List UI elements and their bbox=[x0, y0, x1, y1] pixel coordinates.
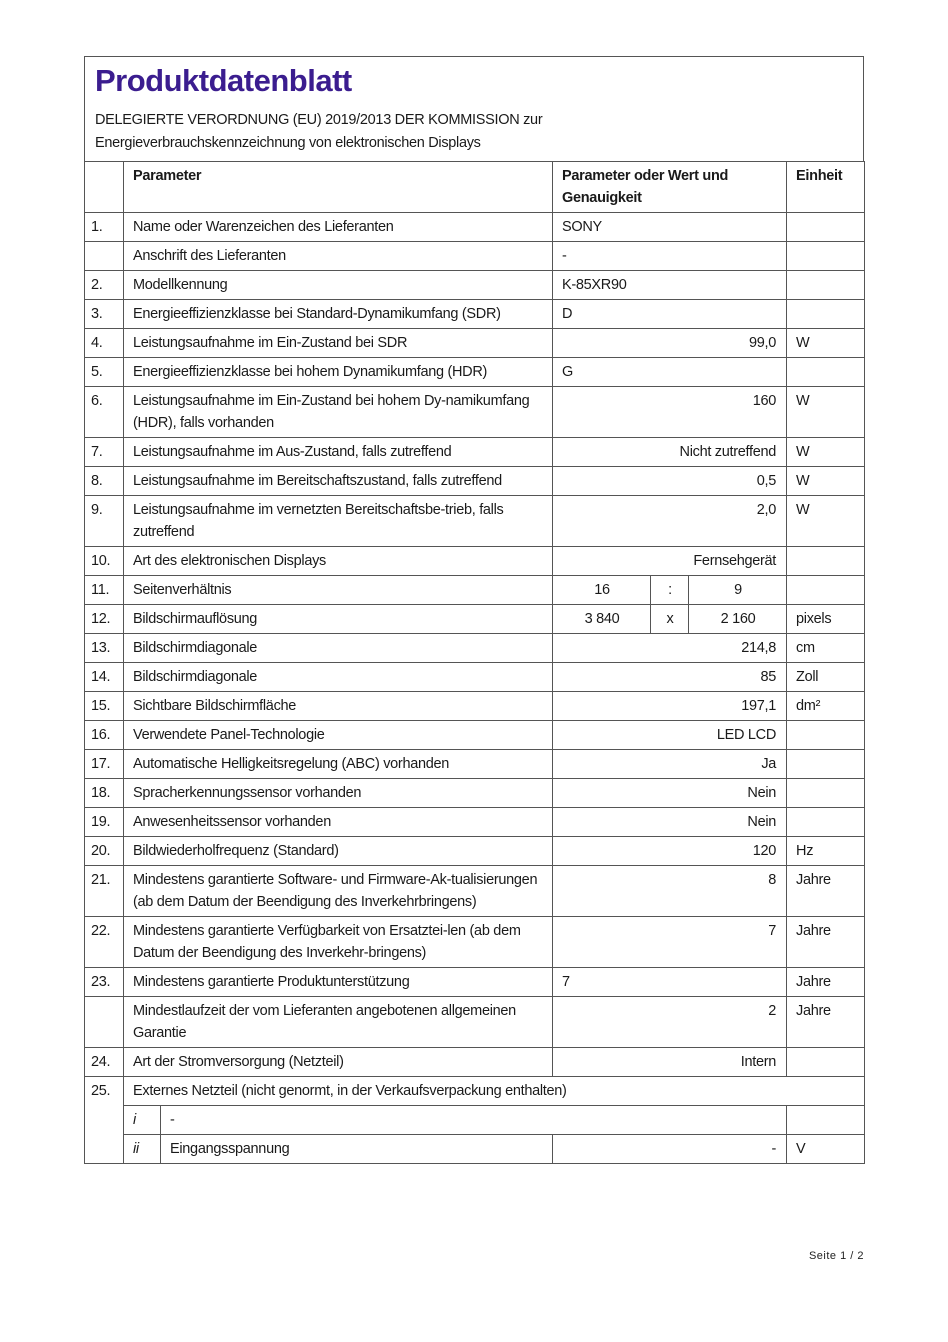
row-number: 13. bbox=[85, 634, 124, 663]
row-number: 18. bbox=[85, 779, 124, 808]
row-unit bbox=[787, 576, 865, 605]
row-parameter: Name oder Warenzeichen des Lieferanten bbox=[124, 213, 553, 242]
row-number bbox=[85, 242, 124, 271]
page-number: Seite 1 / 2 bbox=[809, 1250, 864, 1262]
row-unit bbox=[787, 721, 865, 750]
table-row-external-psu: 25.Externes Netzteil (nicht genormt, in … bbox=[85, 1077, 865, 1106]
row-unit bbox=[787, 242, 865, 271]
row-unit bbox=[787, 271, 865, 300]
row-number: 25. bbox=[85, 1077, 124, 1164]
table-row: 10.Art des elektronischen DisplaysFernse… bbox=[85, 547, 865, 576]
row-parameter: Sichtbare Bildschirmfläche bbox=[124, 692, 553, 721]
row-unit bbox=[787, 808, 865, 837]
row-value: Ja bbox=[553, 750, 787, 779]
row-value: Fernsehgerät bbox=[553, 547, 787, 576]
row-number: 1. bbox=[85, 213, 124, 242]
table-row: 2.ModellkennungK-85XR90 bbox=[85, 271, 865, 300]
table-row: 22.Mindestens garantierte Verfügbarkeit … bbox=[85, 917, 865, 968]
row-parameter: Leistungsaufnahme im Aus-Zustand, falls … bbox=[124, 438, 553, 467]
row-unit bbox=[787, 213, 865, 242]
row-unit bbox=[787, 750, 865, 779]
parameter-table: Parameter Parameter oder Wert und Genaui… bbox=[84, 161, 865, 1164]
row-number: 23. bbox=[85, 968, 124, 997]
table-row: 21.Mindestens garantierte Software- und … bbox=[85, 866, 865, 917]
subrow-value: - bbox=[553, 1135, 787, 1164]
subrow-number: i bbox=[124, 1106, 161, 1135]
subrow-unit: V bbox=[787, 1135, 865, 1164]
row-value: 0,5 bbox=[553, 467, 787, 496]
table-row: 24.Art der Stromversorgung (Netzteil)Int… bbox=[85, 1048, 865, 1077]
regulation-line-1: DELEGIERTE VERORDNUNG (EU) 2019/2013 DER… bbox=[95, 109, 853, 132]
row-value: 85 bbox=[553, 663, 787, 692]
row-parameter: Bildschirmauflösung bbox=[124, 605, 553, 634]
table-row: 14.Bildschirmdiagonale85Zoll bbox=[85, 663, 865, 692]
row-parameter: Mindestens garantierte Software- und Fir… bbox=[124, 866, 553, 917]
row-parameter: Seitenverhältnis bbox=[124, 576, 553, 605]
row-parameter: Leistungsaufnahme im vernetzten Bereitsc… bbox=[124, 496, 553, 547]
table-row: 16.Verwendete Panel-TechnologieLED LCD bbox=[85, 721, 865, 750]
table-row: 9.Leistungsaufnahme im vernetzten Bereit… bbox=[85, 496, 865, 547]
row-parameter: Leistungsaufnahme im Ein-Zustand bei hoh… bbox=[124, 387, 553, 438]
row-parameter: Automatische Helligkeitsregelung (ABC) v… bbox=[124, 750, 553, 779]
row-parameter: Bildschirmdiagonale bbox=[124, 663, 553, 692]
row-parameter: Mindestens garantierte Verfügbarkeit von… bbox=[124, 917, 553, 968]
row-parameter: Anwesenheitssensor vorhanden bbox=[124, 808, 553, 837]
table-row: 7.Leistungsaufnahme im Aus-Zustand, fall… bbox=[85, 438, 865, 467]
row-value-part: 2 160 bbox=[689, 605, 787, 634]
row-number: 7. bbox=[85, 438, 124, 467]
table-row: 18.Spracherkennungssensor vorhandenNein bbox=[85, 779, 865, 808]
table-row: 20.Bildwiederholfrequenz (Standard)120Hz bbox=[85, 837, 865, 866]
row-value-part: 3 840 bbox=[553, 605, 651, 634]
row-unit bbox=[787, 358, 865, 387]
table-row: 13.Bildschirmdiagonale214,8cm bbox=[85, 634, 865, 663]
row-number: 17. bbox=[85, 750, 124, 779]
row-value: Nein bbox=[553, 779, 787, 808]
table-row: 5.Energieeffizienzklasse bei hohem Dynam… bbox=[85, 358, 865, 387]
table-header-row: Parameter Parameter oder Wert und Genaui… bbox=[85, 162, 865, 213]
table-row: 4.Leistungsaufnahme im Ein-Zustand bei S… bbox=[85, 329, 865, 358]
subrow-unit bbox=[787, 1106, 865, 1135]
row-value: 120 bbox=[553, 837, 787, 866]
row-unit: W bbox=[787, 467, 865, 496]
row-unit bbox=[787, 300, 865, 329]
row-value: 7 bbox=[553, 917, 787, 968]
row-value: 214,8 bbox=[553, 634, 787, 663]
row-parameter: Energieeffizienzklasse bei Standard-Dyna… bbox=[124, 300, 553, 329]
row-parameter: Leistungsaufnahme im Bereitschaftszustan… bbox=[124, 467, 553, 496]
row-value-separator: : bbox=[651, 576, 689, 605]
row-number: 14. bbox=[85, 663, 124, 692]
row-unit: Hz bbox=[787, 837, 865, 866]
table-row: 6.Leistungsaufnahme im Ein-Zustand bei h… bbox=[85, 387, 865, 438]
row-value: D bbox=[553, 300, 787, 329]
row-parameter: Mindestlaufzeit der vom Lieferanten ange… bbox=[124, 997, 553, 1048]
row-unit: dm² bbox=[787, 692, 865, 721]
row-parameter: Art des elektronischen Displays bbox=[124, 547, 553, 576]
row-number: 12. bbox=[85, 605, 124, 634]
row-parameter: Art der Stromversorgung (Netzteil) bbox=[124, 1048, 553, 1077]
row-parameter: Anschrift des Lieferanten bbox=[124, 242, 553, 271]
row-value: Intern bbox=[553, 1048, 787, 1077]
row-value: 7 bbox=[553, 968, 787, 997]
row-value: 160 bbox=[553, 387, 787, 438]
table-row: Mindestlaufzeit der vom Lieferanten ange… bbox=[85, 997, 865, 1048]
table-row: 15.Sichtbare Bildschirmfläche197,1dm² bbox=[85, 692, 865, 721]
table-row: 23.Mindestens garantierte Produktunterst… bbox=[85, 968, 865, 997]
row-value: 8 bbox=[553, 866, 787, 917]
row-number: 9. bbox=[85, 496, 124, 547]
row-value-part: 9 bbox=[689, 576, 787, 605]
row-number: 15. bbox=[85, 692, 124, 721]
table-row: 3.Energieeffizienzklasse bei Standard-Dy… bbox=[85, 300, 865, 329]
table-row: 11.Seitenverhältnis16:9 bbox=[85, 576, 865, 605]
row-number: 2. bbox=[85, 271, 124, 300]
row-number bbox=[85, 997, 124, 1048]
subrow-number: ii bbox=[124, 1135, 161, 1164]
row-unit: Jahre bbox=[787, 968, 865, 997]
row-number: 11. bbox=[85, 576, 124, 605]
row-unit bbox=[787, 779, 865, 808]
table-row: 8.Leistungsaufnahme im Bereitschaftszust… bbox=[85, 467, 865, 496]
row-number: 5. bbox=[85, 358, 124, 387]
row-parameter: Externes Netzteil (nicht genormt, in der… bbox=[124, 1077, 865, 1106]
row-unit: W bbox=[787, 496, 865, 547]
row-parameter: Spracherkennungssensor vorhanden bbox=[124, 779, 553, 808]
row-unit: Jahre bbox=[787, 866, 865, 917]
subrow-parameter: Eingangsspannung bbox=[161, 1135, 553, 1164]
row-unit bbox=[787, 547, 865, 576]
table-row: 12.Bildschirmauflösung3 840x2 160pixels bbox=[85, 605, 865, 634]
table-row: Anschrift des Lieferanten- bbox=[85, 242, 865, 271]
row-value: K-85XR90 bbox=[553, 271, 787, 300]
row-number: 16. bbox=[85, 721, 124, 750]
row-unit bbox=[787, 1048, 865, 1077]
row-number: 4. bbox=[85, 329, 124, 358]
header-value: Parameter oder Wert und Genauigkeit bbox=[553, 162, 787, 213]
row-value: SONY bbox=[553, 213, 787, 242]
row-number: 20. bbox=[85, 837, 124, 866]
row-number: 21. bbox=[85, 866, 124, 917]
row-parameter: Bildschirmdiagonale bbox=[124, 634, 553, 663]
table-subrow: i- bbox=[85, 1106, 865, 1135]
row-value-part: 16 bbox=[553, 576, 651, 605]
row-number: 8. bbox=[85, 467, 124, 496]
row-unit: Jahre bbox=[787, 997, 865, 1048]
header-unit: Einheit bbox=[787, 162, 865, 213]
product-data-sheet: Produktdatenblatt DELEGIERTE VERORDNUNG … bbox=[84, 56, 864, 1164]
row-parameter: Modellkennung bbox=[124, 271, 553, 300]
row-number: 3. bbox=[85, 300, 124, 329]
table-row: 19.Anwesenheitssensor vorhandenNein bbox=[85, 808, 865, 837]
row-unit: pixels bbox=[787, 605, 865, 634]
row-parameter: Leistungsaufnahme im Ein-Zustand bei SDR bbox=[124, 329, 553, 358]
row-parameter: Bildwiederholfrequenz (Standard) bbox=[124, 837, 553, 866]
row-unit: Zoll bbox=[787, 663, 865, 692]
row-number: 6. bbox=[85, 387, 124, 438]
table-row: 1.Name oder Warenzeichen des Lieferanten… bbox=[85, 213, 865, 242]
row-value: 197,1 bbox=[553, 692, 787, 721]
row-unit: cm bbox=[787, 634, 865, 663]
row-unit: Jahre bbox=[787, 917, 865, 968]
row-value: 99,0 bbox=[553, 329, 787, 358]
row-parameter: Energieeffizienzklasse bei hohem Dynamik… bbox=[124, 358, 553, 387]
table-row: 17.Automatische Helligkeitsregelung (ABC… bbox=[85, 750, 865, 779]
row-value: Nein bbox=[553, 808, 787, 837]
row-value: 2 bbox=[553, 997, 787, 1048]
row-number: 19. bbox=[85, 808, 124, 837]
row-value: 2,0 bbox=[553, 496, 787, 547]
header-num bbox=[85, 162, 124, 213]
row-unit: W bbox=[787, 438, 865, 467]
header-parameter: Parameter bbox=[124, 162, 553, 213]
page-title: Produktdatenblatt bbox=[95, 63, 853, 99]
row-value: Nicht zutreffend bbox=[553, 438, 787, 467]
table-subrow: iiEingangsspannung-V bbox=[85, 1135, 865, 1164]
row-parameter: Verwendete Panel-Technologie bbox=[124, 721, 553, 750]
row-unit: W bbox=[787, 329, 865, 358]
sheet-header: Produktdatenblatt DELEGIERTE VERORDNUNG … bbox=[84, 56, 864, 161]
row-value: LED LCD bbox=[553, 721, 787, 750]
row-value-separator: x bbox=[651, 605, 689, 634]
row-value: - bbox=[553, 242, 787, 271]
row-number: 10. bbox=[85, 547, 124, 576]
subrow-parameter: - bbox=[161, 1106, 787, 1135]
row-value: G bbox=[553, 358, 787, 387]
row-unit: W bbox=[787, 387, 865, 438]
row-number: 24. bbox=[85, 1048, 124, 1077]
row-number: 22. bbox=[85, 917, 124, 968]
row-parameter: Mindestens garantierte Produktunterstütz… bbox=[124, 968, 553, 997]
regulation-line-2: Energieverbrauchskennzeichnung von elekt… bbox=[95, 132, 853, 155]
